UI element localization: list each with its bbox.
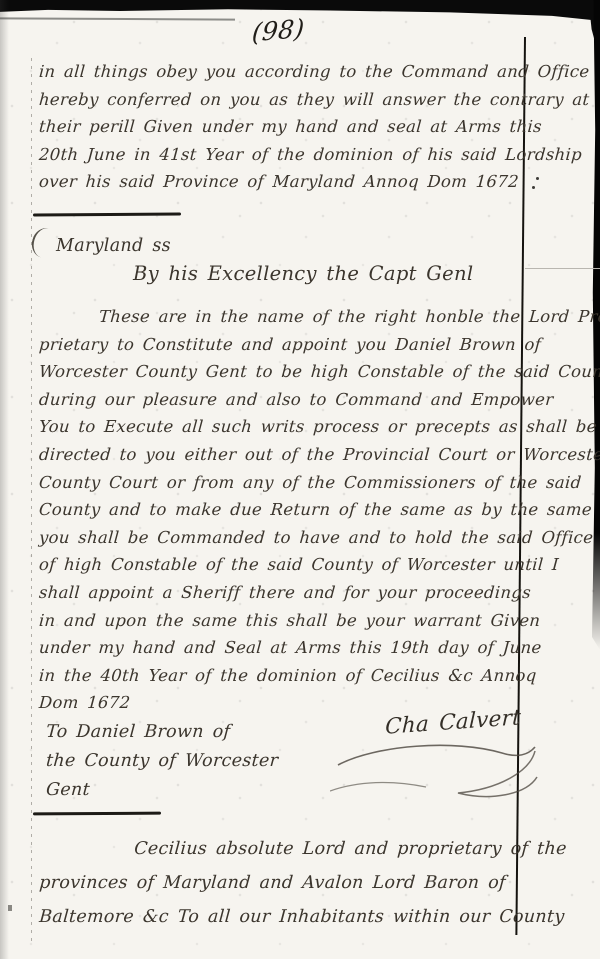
paragraph-previous-entry: in all things obey you according to the …: [38, 58, 530, 196]
manuscript-line: directed to you either out of the Provin…: [38, 441, 532, 469]
faint-horizontal-line: [525, 268, 600, 269]
page-number: (98): [251, 14, 306, 48]
scan-edge-left: [0, 0, 9, 959]
manuscript-line: in the 40th Year of the dominion of Ceci…: [38, 662, 532, 690]
left-margin-line: [31, 58, 32, 946]
manuscript-line: These are in the name of the right honbl…: [38, 303, 532, 331]
manuscript-line: Gent: [45, 776, 279, 805]
manuscript-line: To Daniel Brown of: [45, 718, 279, 747]
manuscript-line: Baltemore &c To all our Inhabitants with…: [38, 900, 545, 934]
manuscript-line: their perill Given under my hand and sea…: [38, 113, 532, 141]
manuscript-line: in and upon the same this shall be your …: [38, 607, 532, 635]
manuscript-line: County and to make due Return of the sam…: [38, 496, 532, 524]
ink-speck: [532, 186, 535, 189]
manuscript-line: you shall be Commanded to have and to ho…: [38, 524, 532, 552]
entry-divider: [33, 812, 161, 816]
jurisdiction-label: Maryland ss: [56, 236, 171, 256]
manuscript-page: (98) in all things obey you according to…: [0, 0, 600, 959]
manuscript-line: prietary to Constitute and appoint you D…: [38, 331, 532, 359]
manuscript-line: shall appoint a Sheriff there and for yo…: [38, 579, 532, 607]
manuscript-line: over his said Province of Maryland Annoq…: [38, 168, 532, 196]
manuscript-line: in all things obey you according to the …: [38, 58, 532, 86]
manuscript-line: Worcester County Gent to be high Constab…: [38, 358, 532, 386]
ink-speck: [8, 905, 12, 911]
entry-heading: By his Excellency the Capt Genl: [133, 262, 473, 285]
addressee-block: To Daniel Brown of the County of Worcest…: [45, 718, 277, 805]
manuscript-line: the County of Worcester: [45, 747, 279, 776]
paragraph-commission: These are in the name of the right honbl…: [38, 303, 530, 717]
scan-streak: [0, 17, 235, 20]
manuscript-line: Cecilius absolute Lord and proprietary o…: [38, 832, 545, 866]
signature-flourish: [330, 733, 545, 813]
manuscript-line: You to Execute all such writs process or…: [38, 413, 532, 441]
manuscript-line: 20th June in 41st Year of the dominion o…: [38, 141, 532, 169]
manuscript-line: of high Constable of the said County of …: [38, 551, 532, 579]
manuscript-line: provinces of Maryland and Avalon Lord Ba…: [38, 866, 545, 900]
manuscript-line: during our pleasure and also to Command …: [38, 386, 532, 414]
ink-speck: [536, 177, 539, 180]
manuscript-line: County Court or from any of the Commissi…: [38, 469, 532, 497]
entry-divider: [33, 212, 181, 216]
manuscript-line: hereby conferred on you as they will ans…: [38, 86, 532, 114]
paragraph-next-entry: Cecilius absolute Lord and proprietary o…: [38, 832, 543, 934]
manuscript-line: under my hand and Seal at Arms this 19th…: [38, 634, 532, 662]
